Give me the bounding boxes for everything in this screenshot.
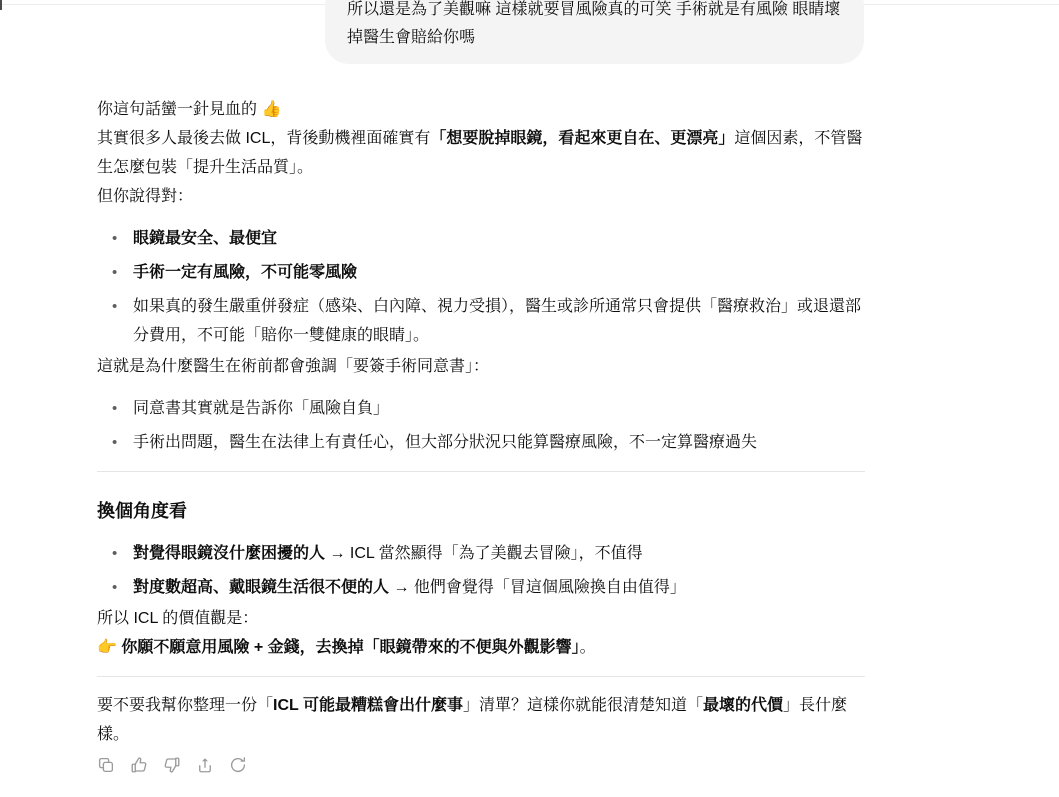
assistant-paragraph-value-intro: 所以 ICL 的價值觀是： [97, 604, 865, 633]
list-item: 手術出問題，醫生在法律上有責任心，但大部分狀況只能算醫療風險，不一定算醫療過失 [133, 428, 865, 457]
list-item: 對覺得眼鏡沒什麼困擾的人 → ICL 當然顯得「為了美觀去冒險」，不值得 [133, 539, 865, 568]
assistant-paragraph-consent-form: 這就是為什麼醫生在術前都會強調「要簽手術同意書」： [97, 352, 865, 381]
thumbs-up-icon [130, 756, 150, 774]
regenerate-button[interactable] [229, 755, 249, 775]
thumbs-down-icon [163, 756, 183, 774]
thumbs-down-button[interactable] [163, 755, 183, 775]
section-heading-perspective: 換個角度看 [97, 496, 865, 526]
copy-button[interactable] [97, 755, 117, 775]
perspective-list: 對覺得眼鏡沒什麼困擾的人 → ICL 當然顯得「為了美觀去冒險」，不值得 對度數… [97, 539, 865, 602]
assistant-closing-offer: 要不要我幫你整理一份「ICL 可能最糟糕會出什麼事」清單？這樣你就能很清楚知道「… [97, 691, 865, 749]
list-item: 如果真的發生嚴重併發症（感染、白內障、視力受損），醫生或診所通常只會提供「醫療救… [133, 292, 865, 350]
list-item: 手術一定有風險，不可能零風險 [133, 258, 865, 287]
message-actions-row [97, 755, 865, 775]
assistant-intro-paragraph: 你這句話蠻一針見血的 👍其實很多人最後去做 ICL，背後動機裡面確實有「想要脫掉… [97, 95, 865, 182]
consent-points-list: 同意書其實就是告訴你「風險自負」 手術出問題，醫生在法律上有責任心，但大部分狀況… [97, 394, 865, 457]
chat-page: 所以還是為了美觀嘛 這樣就要冒風險真的可笑 手術就是有風險 眼睛壞掉醫生會賠給你… [0, 0, 1059, 797]
assistant-paragraph-value-statement: 👉 你願不願意用風險 + 金錢，去換掉「眼鏡帶來的不便與外觀影響」。 [97, 633, 865, 662]
list-item: 對度數超高、戴眼鏡生活很不便的人 → 他們會覺得「冒這個風險換自由值得」 [133, 573, 865, 602]
copy-icon [97, 756, 117, 774]
share-icon [196, 756, 216, 774]
user-message-text: 所以還是為了美觀嘛 這樣就要冒風險真的可笑 手術就是有風險 眼睛壞掉醫生會賠給你… [347, 1, 840, 46]
share-button[interactable] [196, 755, 216, 775]
user-message-bubble: 所以還是為了美觀嘛 這樣就要冒風險真的可笑 手術就是有風險 眼睛壞掉醫生會賠給你… [325, 0, 864, 64]
assistant-paragraph-you-are-right: 但你說得對： [97, 182, 865, 211]
thumbs-up-button[interactable] [130, 755, 150, 775]
left-edge-artifact [0, 0, 2, 10]
assistant-message: 你這句話蠻一針見血的 👍其實很多人最後去做 ICL，背後動機裡面確實有「想要脫掉… [97, 95, 865, 775]
list-item: 眼鏡最安全、最便宜 [133, 224, 865, 253]
horizontal-rule [97, 676, 865, 677]
horizontal-rule [97, 471, 865, 472]
regenerate-icon [229, 756, 249, 774]
agree-points-list: 眼鏡最安全、最便宜 手術一定有風險，不可能零風險 如果真的發生嚴重併發症（感染、… [97, 224, 865, 350]
list-item: 同意書其實就是告訴你「風險自負」 [133, 394, 865, 423]
